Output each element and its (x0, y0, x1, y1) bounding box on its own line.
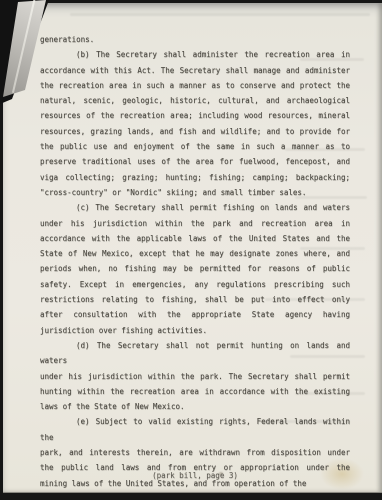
text-line: laws of the State of New Mexico. (40, 399, 350, 414)
text-line: safety. Except in emergencies, any regul… (40, 277, 350, 292)
text-line: resources, grazing lands, and fish and w… (40, 124, 350, 139)
text-line: jurisdiction over fishing activities. (40, 323, 350, 338)
text-line: restrictions relating to fishing, shall … (40, 292, 350, 307)
text-line: (e) Subject to valid existing rights, Fe… (40, 414, 350, 445)
text-line: viga collecting; grazing; hunting; fishi… (40, 170, 350, 185)
page-footer-caption: (park bill, page 3) (40, 471, 350, 480)
bleed-through-smudge (70, 13, 370, 16)
text-line: State of New Mexico, except that he may … (40, 246, 350, 261)
text-line: natural, scenic, geologic, historic, cul… (40, 93, 350, 108)
text-line: (c) The Secretary shall permit fishing o… (40, 200, 350, 215)
text-line: the public use and enjoyment of the same… (40, 139, 350, 154)
text-line: under his jurisdiction within the park a… (40, 216, 350, 231)
text-line: the recreation area in such a manner as … (40, 78, 350, 93)
text-line: (d) The Secretary shall not permit hunti… (40, 338, 350, 369)
text-line: periods when, no fishing may be permitte… (40, 261, 350, 276)
text-line: accordance with this Act. The Secretary … (40, 63, 350, 78)
text-line: hunting within the recreation area in ac… (40, 384, 350, 399)
text-line: resources of the recreation area; includ… (40, 108, 350, 123)
document-text: generations.(b) The Secretary shall admi… (40, 32, 350, 491)
text-line: accordance with the applicable laws of t… (40, 231, 350, 246)
text-line: "cross-country" or "Nordic" skiing; and … (40, 185, 350, 200)
text-line: park, and interests therein, are withdra… (40, 445, 350, 460)
text-line: after consultation with the appropriate … (40, 307, 350, 322)
scanned-document-page: generations.(b) The Secretary shall admi… (0, 0, 382, 500)
text-line: under his jurisdiction within the park. … (40, 369, 350, 384)
text-line: (b) The Secretary shall administer the r… (40, 47, 350, 62)
text-line: generations. (40, 32, 350, 47)
text-line: preserve traditional uses of the area fo… (40, 154, 350, 169)
